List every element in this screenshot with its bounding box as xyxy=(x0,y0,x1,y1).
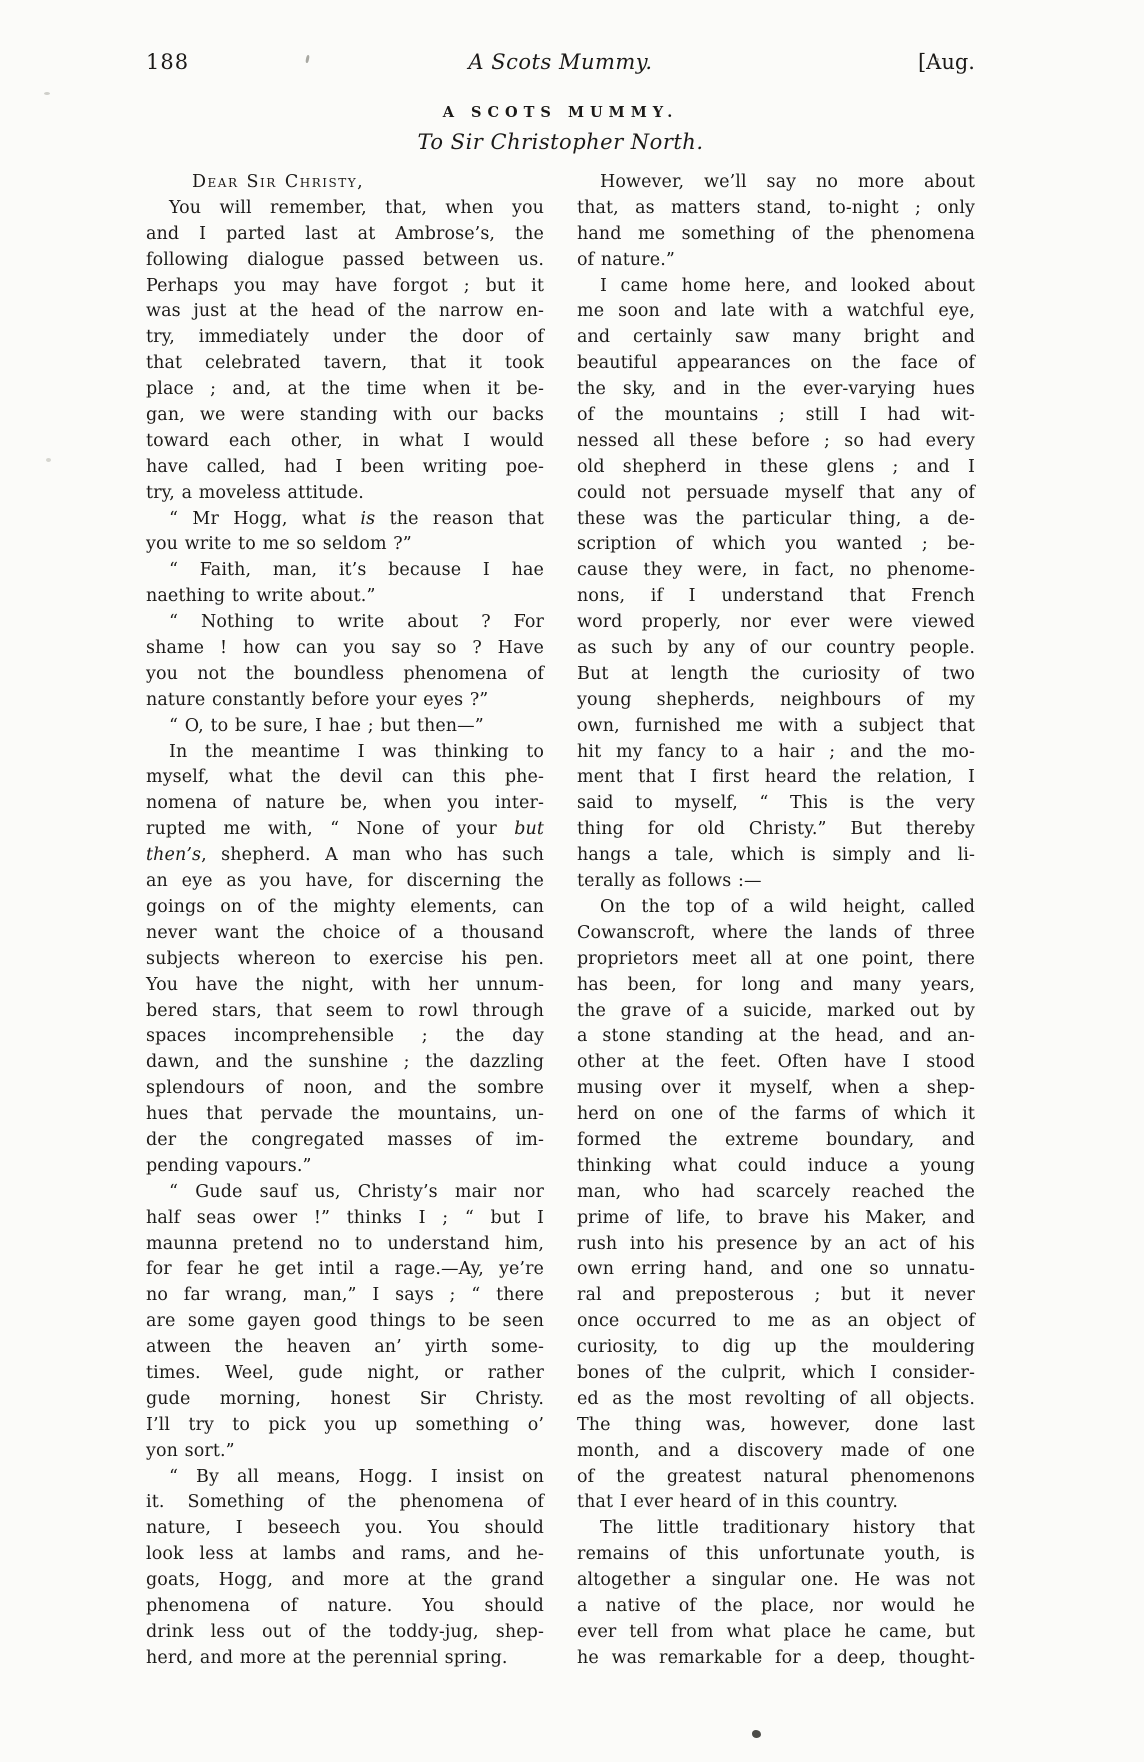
text-line: own erring hand, and one so unnatu- xyxy=(577,1257,975,1283)
scan-speck xyxy=(44,92,50,95)
text-line: The thing was, however, done last xyxy=(577,1413,975,1439)
text-line: spaces incomprehensible ; the day xyxy=(146,1024,544,1050)
text-line: cause they were, in fact, no phenome- xyxy=(577,558,975,584)
text-line: once occurred to me as an object of xyxy=(577,1309,975,1335)
text-line: half seas ower !” thinks I ; “ but I xyxy=(146,1206,544,1232)
text-line: rupted me with, “ None of your but xyxy=(146,817,544,843)
text-column-right: However, we’ll say no more aboutthat, as… xyxy=(577,170,975,1672)
text-line: “ Nothing to write about ? For xyxy=(146,610,544,636)
text-line: that I ever heard of in this country. xyxy=(577,1490,975,1516)
text-line: yon sort.” xyxy=(146,1439,544,1465)
text-line: a native of the place, nor would he xyxy=(577,1594,975,1620)
text-line: hit my fancy to a hair ; and the mo- xyxy=(577,740,975,766)
text-line: thing for old Christy.” But thereby xyxy=(577,817,975,843)
text-line: that celebrated tavern, that it took xyxy=(146,351,544,377)
text-line: of nature.” xyxy=(577,248,975,274)
text-line: never want the choice of a thousand xyxy=(146,921,544,947)
text-line: altogether a singular one. He was not xyxy=(577,1568,975,1594)
running-title: A Scots Mummy. xyxy=(468,50,652,74)
text-line: rush into his presence by an act of his xyxy=(577,1232,975,1258)
text-line: nomena of nature be, when you inter- xyxy=(146,791,544,817)
text-line: the grave of a suicide, marked out by xyxy=(577,999,975,1025)
text-line: you write to me so seldom ?” xyxy=(146,532,544,558)
text-line: “ Gude sauf us, Christy’s mair nor xyxy=(146,1180,544,1206)
text-line: nature constantly before your eyes ?” xyxy=(146,688,544,714)
text-line: herd, and more at the perennial spring. xyxy=(146,1646,544,1672)
text-line: for fear he get intil a rage.—Ay, ye’re xyxy=(146,1257,544,1283)
text-line: On the top of a wild height, called xyxy=(577,895,975,921)
text-line: In the meantime I was thinking to xyxy=(146,740,544,766)
text-line: You have the night, with her unnum- xyxy=(146,973,544,999)
text-line: following dialogue passed between us. xyxy=(146,248,544,274)
page-number: 188 xyxy=(146,50,189,74)
text-line: terally as follows :— xyxy=(577,869,975,895)
text-line: and I parted last at Ambrose’s, the xyxy=(146,222,544,248)
scanned-page: 188 A Scots Mummy. [Aug. A SCOTS MUMMY. … xyxy=(0,0,1144,1762)
scan-speck xyxy=(752,1730,761,1738)
article-title: A SCOTS MUMMY. xyxy=(146,104,975,121)
text-line: But at length the curiosity of two xyxy=(577,662,975,688)
text-line: myself, what the devil can this phe- xyxy=(146,765,544,791)
text-line: the sky, and in the ever-varying hues xyxy=(577,377,975,403)
text-line: beautiful appearances on the face of xyxy=(577,351,975,377)
text-line: are some gayen good things to be seen xyxy=(146,1309,544,1335)
text-line: me soon and late with a watchful eye, xyxy=(577,299,975,325)
text-line: was just at the head of the narrow en- xyxy=(146,299,544,325)
text-line: subjects whereon to exercise his pen. xyxy=(146,947,544,973)
text-line: own, furnished me with a subject that xyxy=(577,714,975,740)
scan-speck xyxy=(936,58,939,61)
text-line: gan, we were standing with our backs xyxy=(146,403,544,429)
text-line: The little traditionary history that xyxy=(577,1516,975,1542)
text-line: “ O, to be sure, I hae ; but then—” xyxy=(146,714,544,740)
text-line: proprietors meet all at one point, there xyxy=(577,947,975,973)
text-line: splendours of noon, and the sombre xyxy=(146,1076,544,1102)
text-line: look less at lambs and rams, and he- xyxy=(146,1542,544,1568)
issue-month-label: [Aug. xyxy=(918,50,975,74)
text-line: Perhaps you may have forgot ; but it xyxy=(146,274,544,300)
text-column-left: Dear Sir Christy,You will remember, that… xyxy=(146,170,544,1672)
text-line: musing over it myself, when a shep- xyxy=(577,1076,975,1102)
text-line: as such by any of our country people. xyxy=(577,636,975,662)
text-line: pending vapours.” xyxy=(146,1154,544,1180)
text-line: However, we’ll say no more about xyxy=(577,170,975,196)
text-line: shame ! how can you say so ? Have xyxy=(146,636,544,662)
page-header: 188 A Scots Mummy. [Aug. xyxy=(146,50,975,78)
text-line: naething to write about.” xyxy=(146,584,544,610)
text-line: old shepherd in these glens ; and I xyxy=(577,455,975,481)
text-line: bered stars, that seem to rowl through xyxy=(146,999,544,1025)
text-line: young shepherds, neighbours of my xyxy=(577,688,975,714)
text-line: Dear Sir Christy, xyxy=(146,170,544,196)
text-line: hand me something of the phenomena xyxy=(577,222,975,248)
text-line: prime of life, to brave his Maker, and xyxy=(577,1206,975,1232)
text-line: it. Something of the phenomena of xyxy=(146,1490,544,1516)
text-line: remains of this unfortunate youth, is xyxy=(577,1542,975,1568)
text-line: You will remember, that, when you xyxy=(146,196,544,222)
text-line: man, who had scarcely reached the xyxy=(577,1180,975,1206)
text-line: try, a moveless attitude. xyxy=(146,481,544,507)
text-line: hangs a tale, which is simply and li- xyxy=(577,843,975,869)
text-line: scription of which you wanted ; be- xyxy=(577,532,975,558)
text-line: have called, had I been writing poe- xyxy=(146,455,544,481)
text-line: dawn, and the sunshine ; the dazzling xyxy=(146,1050,544,1076)
text-line: drink less out of the toddy-jug, shep- xyxy=(146,1620,544,1646)
text-line: toward each other, in what I would xyxy=(146,429,544,455)
text-line: a stone standing at the head, and an- xyxy=(577,1024,975,1050)
text-line: nessed all these before ; so had every xyxy=(577,429,975,455)
text-line: times. Weel, gude night, or rather xyxy=(146,1361,544,1387)
text-line: ever tell from what place he came, but xyxy=(577,1620,975,1646)
text-line: gude morning, honest Sir Christy. xyxy=(146,1387,544,1413)
text-line: no far wrang, man,” I says ; “ there xyxy=(146,1283,544,1309)
text-line: try, immediately under the door of xyxy=(146,325,544,351)
text-line: he was remarkable for a deep, thought- xyxy=(577,1646,975,1672)
text-line: herd on one of the farms of which it xyxy=(577,1102,975,1128)
text-line: phenomena of nature. You should xyxy=(146,1594,544,1620)
text-line: goats, Hogg, and more at the grand xyxy=(146,1568,544,1594)
text-line: thinking what could induce a young xyxy=(577,1154,975,1180)
text-line: of the greatest natural phenomenons xyxy=(577,1465,975,1491)
text-line: word properly, nor ever were viewed xyxy=(577,610,975,636)
title-block: A SCOTS MUMMY. To Sir Christopher North. xyxy=(146,104,975,154)
text-line: ment that I first heard the relation, I xyxy=(577,765,975,791)
text-line: goings on of the mighty elements, can xyxy=(146,895,544,921)
text-line: I came home here, and looked about xyxy=(577,274,975,300)
text-line: atween the heaven an’ yirth some- xyxy=(146,1335,544,1361)
text-line: place ; and, at the time when it be- xyxy=(146,377,544,403)
text-line: der the congregated masses of im- xyxy=(146,1128,544,1154)
text-line: that, as matters stand, to-night ; only xyxy=(577,196,975,222)
text-columns: Dear Sir Christy,You will remember, that… xyxy=(146,170,975,1672)
text-line: month, and a discovery made of one xyxy=(577,1439,975,1465)
scan-speck xyxy=(46,458,51,462)
text-line: you not the boundless phenomena of xyxy=(146,662,544,688)
text-line: then’s, shepherd. A man who has such xyxy=(146,843,544,869)
text-line: other at the feet. Often have I stood xyxy=(577,1050,975,1076)
text-line: curiosity, to dig up the mouldering xyxy=(577,1335,975,1361)
article-dedication: To Sir Christopher North. xyxy=(146,130,975,154)
text-line: could not persuade myself that any of xyxy=(577,481,975,507)
text-line: an eye as you have, for discerning the xyxy=(146,869,544,895)
text-line: Cowanscroft, where the lands of three xyxy=(577,921,975,947)
text-line: and certainly saw many bright and xyxy=(577,325,975,351)
text-line: I’ll try to pick you up something o’ xyxy=(146,1413,544,1439)
text-line: “ Mr Hogg, what is the reason that xyxy=(146,507,544,533)
text-line: nons, if I understand that French xyxy=(577,584,975,610)
text-line: ral and preposterous ; but it never xyxy=(577,1283,975,1309)
text-line: “ Faith, man, it’s because I hae xyxy=(146,558,544,584)
text-line: hues that pervade the mountains, un- xyxy=(146,1102,544,1128)
text-line: maunna pretend no to understand him, xyxy=(146,1232,544,1258)
text-line: of the mountains ; still I had wit- xyxy=(577,403,975,429)
text-line: formed the extreme boundary, and xyxy=(577,1128,975,1154)
text-line: ed as the most revolting of all objects. xyxy=(577,1387,975,1413)
text-line: has been, for long and many years, xyxy=(577,973,975,999)
text-line: said to myself, “ This is the very xyxy=(577,791,975,817)
text-line: these was the particular thing, a de- xyxy=(577,507,975,533)
text-line: “ By all means, Hogg. I insist on xyxy=(146,1465,544,1491)
text-line: bones of the culprit, which I consider- xyxy=(577,1361,975,1387)
text-line: nature, I beseech you. You should xyxy=(146,1516,544,1542)
